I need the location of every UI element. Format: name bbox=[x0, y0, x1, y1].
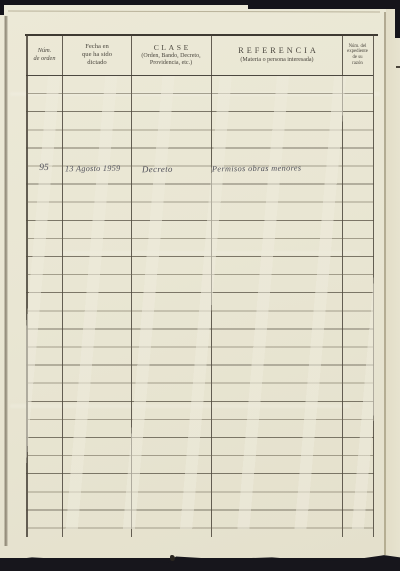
scanned-ledger-page: Núm. de orden Fecha en que ha sido dicta… bbox=[0, 0, 400, 571]
header-subtitle: (Materia o persona interesada) bbox=[240, 57, 313, 64]
column-header-clase: CLASE (Orden, Bando, Decreto, Providenci… bbox=[132, 36, 210, 74]
header-title: CLASE bbox=[151, 43, 191, 52]
empty-row-rules bbox=[26, 76, 374, 529]
header-title: REFERENCIA bbox=[235, 46, 319, 56]
header-line: de orden bbox=[34, 55, 56, 63]
header-subtitle: Providencia, etc.) bbox=[150, 60, 192, 67]
header-line: que ha sido bbox=[82, 51, 112, 59]
column-header-expediente: Núm. del expediente de su razón bbox=[343, 36, 372, 74]
scan-background-top-right bbox=[248, 0, 400, 9]
column-header-referencia: REFERENCIA (Materia o persona interesada… bbox=[212, 36, 342, 74]
scan-background-corner-left bbox=[0, 0, 4, 15]
paper-speck bbox=[170, 555, 175, 561]
header-line: dictado bbox=[87, 59, 106, 67]
scan-background-corner-right bbox=[395, 0, 400, 38]
entry-cell-referencia: Permisos obras menores bbox=[212, 163, 302, 173]
header-line: Fecha en bbox=[85, 43, 109, 51]
entry-cell-fecha: 13 Agosto 1959 bbox=[65, 164, 121, 174]
entry-cell-num: 95 bbox=[26, 163, 62, 173]
column-header-fecha: Fecha en que ha sido dictado bbox=[63, 36, 131, 74]
page-right-edge bbox=[384, 12, 386, 555]
entry-cell-clase: Decreto bbox=[142, 164, 173, 174]
column-header-num-orden: Núm. de orden bbox=[27, 36, 62, 74]
page-edge-mark bbox=[396, 66, 400, 68]
header-line: razón bbox=[352, 61, 363, 67]
page-right-margin bbox=[386, 5, 400, 555]
binding-gutter-shadow bbox=[4, 16, 8, 546]
header-line: Núm. bbox=[38, 47, 51, 55]
